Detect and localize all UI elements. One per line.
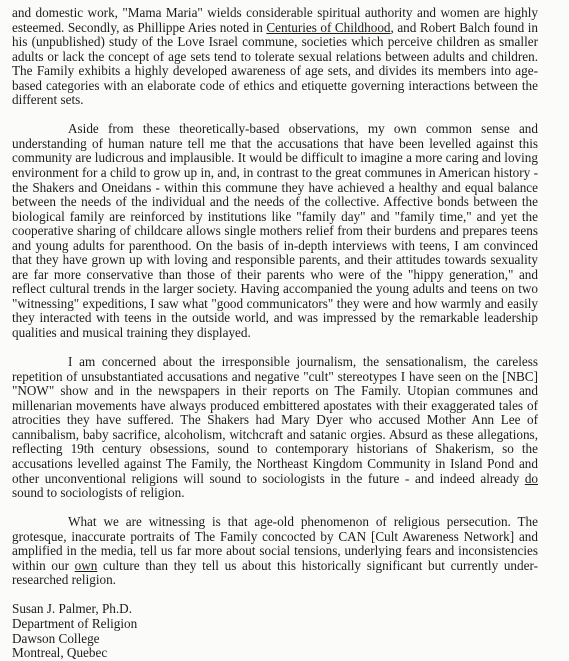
- document-page: and domestic work, "Mama Maria" wields c…: [12, 6, 538, 599]
- paragraph-text: sound to sociologists of religion.: [12, 485, 185, 500]
- paragraph-text: Aside from these theoretically-based obs…: [12, 121, 538, 340]
- underlined-text: Centuries of Childhood: [266, 20, 390, 35]
- paragraph: I am concerned about the irresponsible j…: [12, 355, 538, 500]
- paragraph-text: I am concerned about the irresponsible j…: [12, 354, 538, 485]
- paragraph: Aside from these theoretically-based obs…: [12, 122, 538, 340]
- underlined-text: own: [75, 558, 98, 573]
- underlined-text: do: [525, 471, 538, 486]
- paragraph: What we are witnessing is that age-old p…: [12, 515, 538, 588]
- paragraph: and domestic work, "Mama Maria" wields c…: [12, 6, 538, 108]
- letter-body: and domestic work, "Mama Maria" wields c…: [12, 6, 538, 588]
